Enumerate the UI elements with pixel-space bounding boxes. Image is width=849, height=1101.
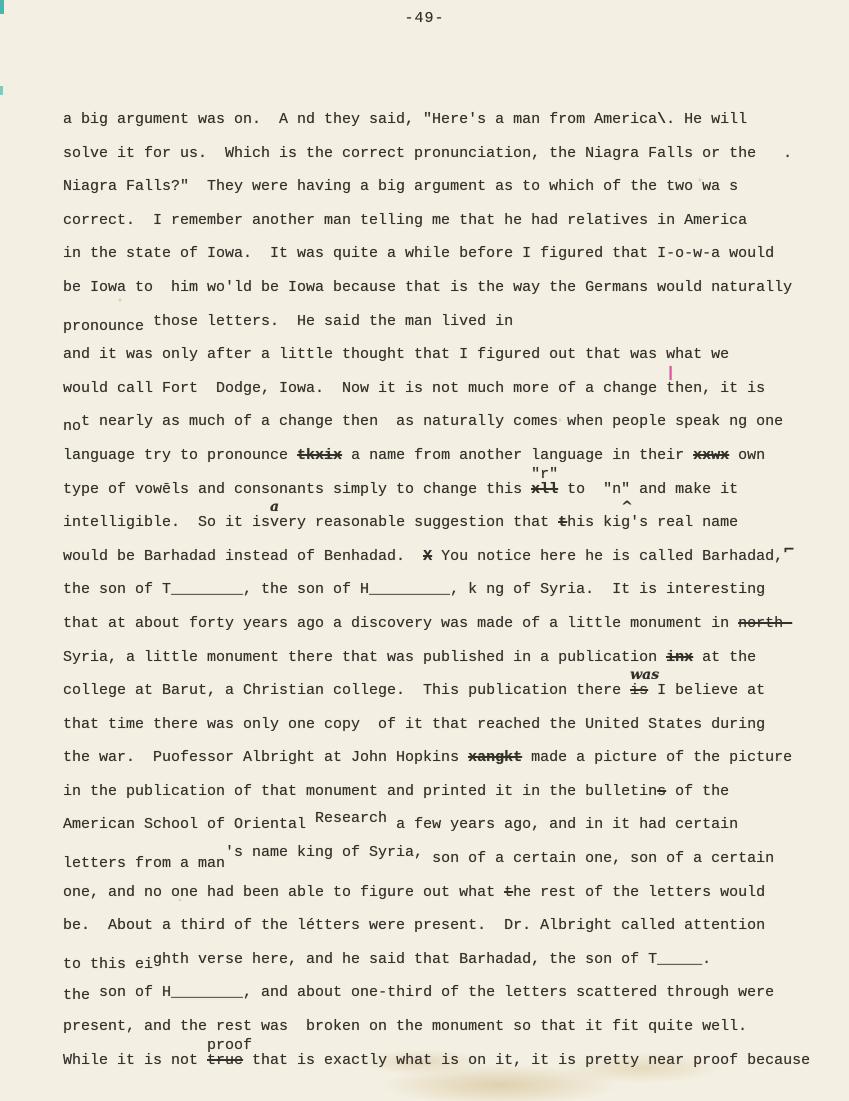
- typed-text: I believe at: [648, 682, 765, 699]
- typed-text: ghth verse here, and he said that Barhad…: [153, 951, 711, 968]
- typed-text: that is exactly what is on it, it is pre…: [243, 1052, 810, 1069]
- typed-text: and it was only after a little thought t…: [63, 346, 729, 363]
- typed-text: be. About a third of the létters were pr…: [63, 917, 765, 934]
- typed-text: would be Barhadad instead of Benhadad.: [63, 548, 423, 565]
- text-line: the son of H________, and about one-thir…: [63, 976, 823, 1010]
- struck-out-text: xangkt: [468, 749, 522, 766]
- struck-out-text: t: [504, 884, 513, 901]
- struck-out-text: tkxix: [297, 447, 342, 464]
- typed-text: \: [657, 111, 666, 128]
- typed-text: type of vowēls and consonants simply to …: [63, 481, 531, 498]
- typed-text: that at about forty years ago a discover…: [63, 615, 738, 632]
- text-line: in the state of Iowa. It was quite a whi…: [63, 237, 823, 271]
- document-body: a big argument was on. A nd they said, "…: [63, 103, 823, 1077]
- typed-text: the war. Puofessor Albright at John Hopk…: [63, 749, 468, 766]
- struck-out-text: is: [630, 682, 648, 699]
- struck-out-text: s: [657, 783, 666, 800]
- typed-text: the: [63, 987, 90, 1004]
- typed-text: Research: [315, 810, 387, 827]
- text-line: solve it for us. Which is the correct pr…: [63, 137, 823, 171]
- typed-text: the son of T________, the son of H______…: [63, 581, 765, 598]
- text-line: the war. Puofessor Albright at John Hopk…: [63, 741, 823, 775]
- typed-text: Syria, a little monument there that was …: [63, 649, 666, 666]
- text-line: college at Barut, a Christian college. T…: [63, 674, 823, 708]
- typed-text: then, it is: [666, 380, 765, 397]
- struck-out-text: xxwx: [693, 447, 729, 464]
- text-line: and it was only after a little thought t…: [63, 338, 823, 372]
- typed-text: pronounce: [63, 318, 144, 335]
- text-line: present, and the rest was broken on the …: [63, 1010, 823, 1044]
- typed-text: in the state of Iowa. It was quite a whi…: [63, 245, 774, 262]
- typed-text: a big argument was on. A nd they said, "…: [63, 111, 657, 128]
- typed-text: .: [756, 145, 792, 162]
- scanned-typewritten-page: -49- a big argument was on. A nd they sa…: [0, 0, 849, 1101]
- text-line: a big argument was on. A nd they said, "…: [63, 103, 823, 137]
- text-line: the son of T________, the son of H______…: [63, 573, 823, 607]
- text-line: that time there was only one copy of it …: [63, 708, 823, 742]
- typed-text: very reasonable suggestion that: [270, 514, 558, 531]
- typed-text: to this ei: [63, 956, 153, 973]
- typed-text: American School of Oriental: [63, 816, 315, 833]
- text-line: would call Fort Dodge, Iowa. Now it is n…: [63, 372, 823, 406]
- typed-text: Niagra Falls?" They were having a big ar…: [63, 178, 738, 195]
- text-line: American School of Oriental Research a f…: [63, 808, 823, 842]
- typed-text: at the: [693, 649, 756, 666]
- typed-text: be Iowa to him wo'ld be Iowa because tha…: [63, 279, 792, 296]
- text-line: language try to pronounce tkxix a name f…: [63, 439, 823, 473]
- text-line: letters from a man's name king of Syria,…: [63, 842, 823, 876]
- text-line: pronounce those letters. He said the man…: [63, 305, 823, 339]
- typed-text: letters from a man: [63, 855, 225, 872]
- typed-text: one, and no one had been able to figure …: [63, 884, 504, 901]
- text-line: Niagra Falls?" They were having a big ar…: [63, 170, 823, 204]
- typed-text: son of H________, and about one-third of…: [90, 984, 774, 1001]
- typed-text: language try to pronounce: [63, 447, 297, 464]
- text-line: While it is not prooftrue that is exactl…: [63, 1044, 823, 1078]
- typed-text: that time there was only one copy of it …: [63, 716, 765, 733]
- text-line: be. About a third of the létters were pr…: [63, 909, 823, 943]
- typed-text: a few years ago, and in it had certain: [387, 816, 738, 833]
- typed-text: present, and the rest was broken on the …: [63, 1018, 747, 1035]
- struck-out-text: north-: [738, 615, 792, 632]
- text-line: intelligible. So it isavery reasonable s…: [63, 506, 823, 540]
- typed-text: to "n" and make it: [558, 481, 738, 498]
- typed-text: t nearly as much of a change then as nat…: [81, 413, 783, 430]
- text-line: in the publication of that monument and …: [63, 775, 823, 809]
- text-line: would be Barhadad instead of Benhadad. X…: [63, 540, 823, 574]
- typed-text: You notice here he is called Barhadad,: [432, 548, 783, 565]
- handwritten-mark: ⌐: [783, 542, 795, 558]
- text-line: that at about forty years ago a discover…: [63, 607, 823, 641]
- struck-out-text: X: [423, 548, 432, 565]
- typed-text: college at Barut, a Christian college. T…: [63, 682, 630, 699]
- text-line: not nearly as much of a change then as n…: [63, 405, 823, 439]
- typed-text: made a picture of the picture: [522, 749, 792, 766]
- typed-text: solve it for us. Which is the correct pr…: [63, 145, 756, 162]
- typed-text: would call Fort Dodge, Iowa. Now it is n…: [63, 380, 666, 397]
- typed-text: . He will: [666, 111, 747, 128]
- text-line: be Iowa to him wo'ld be Iowa because tha…: [63, 271, 823, 305]
- page-number: -49-: [0, 10, 849, 27]
- typed-text: he rest of the letters would: [513, 884, 765, 901]
- scan-edge-artifact: [0, 86, 3, 95]
- struck-out-text: inx: [666, 649, 693, 666]
- typed-text: 's name king of Syria,: [225, 844, 423, 861]
- typed-text: of the: [666, 783, 729, 800]
- typed-text: no: [63, 418, 81, 435]
- text-line: Syria, a little monument there that was …: [63, 641, 823, 675]
- typed-text: own: [729, 447, 765, 464]
- text-line: one, and no one had been able to figure …: [63, 876, 823, 910]
- struck-out-text: xll: [531, 481, 558, 498]
- typed-text: correct. I remember another man telling …: [63, 212, 747, 229]
- typed-text: intelligible. So it is: [63, 514, 270, 531]
- struck-out-text: t: [558, 514, 567, 531]
- text-line: to this eighth verse here, and he said t…: [63, 943, 823, 977]
- typed-text: in the publication of that monument and …: [63, 783, 657, 800]
- typed-text: those letters. He said the man lived in: [144, 313, 513, 330]
- text-line: type of vowēls and consonants simply to …: [63, 473, 823, 507]
- typed-text: his ki: [567, 514, 621, 531]
- text-line: correct. I remember another man telling …: [63, 204, 823, 238]
- typed-text: a name from another language in their: [342, 447, 693, 464]
- struck-out-text: true: [207, 1052, 243, 1069]
- typed-text: son of a certain one, son of a certain: [423, 850, 774, 867]
- typed-text: While it is not: [63, 1052, 207, 1069]
- typed-text: g's real name: [621, 514, 738, 531]
